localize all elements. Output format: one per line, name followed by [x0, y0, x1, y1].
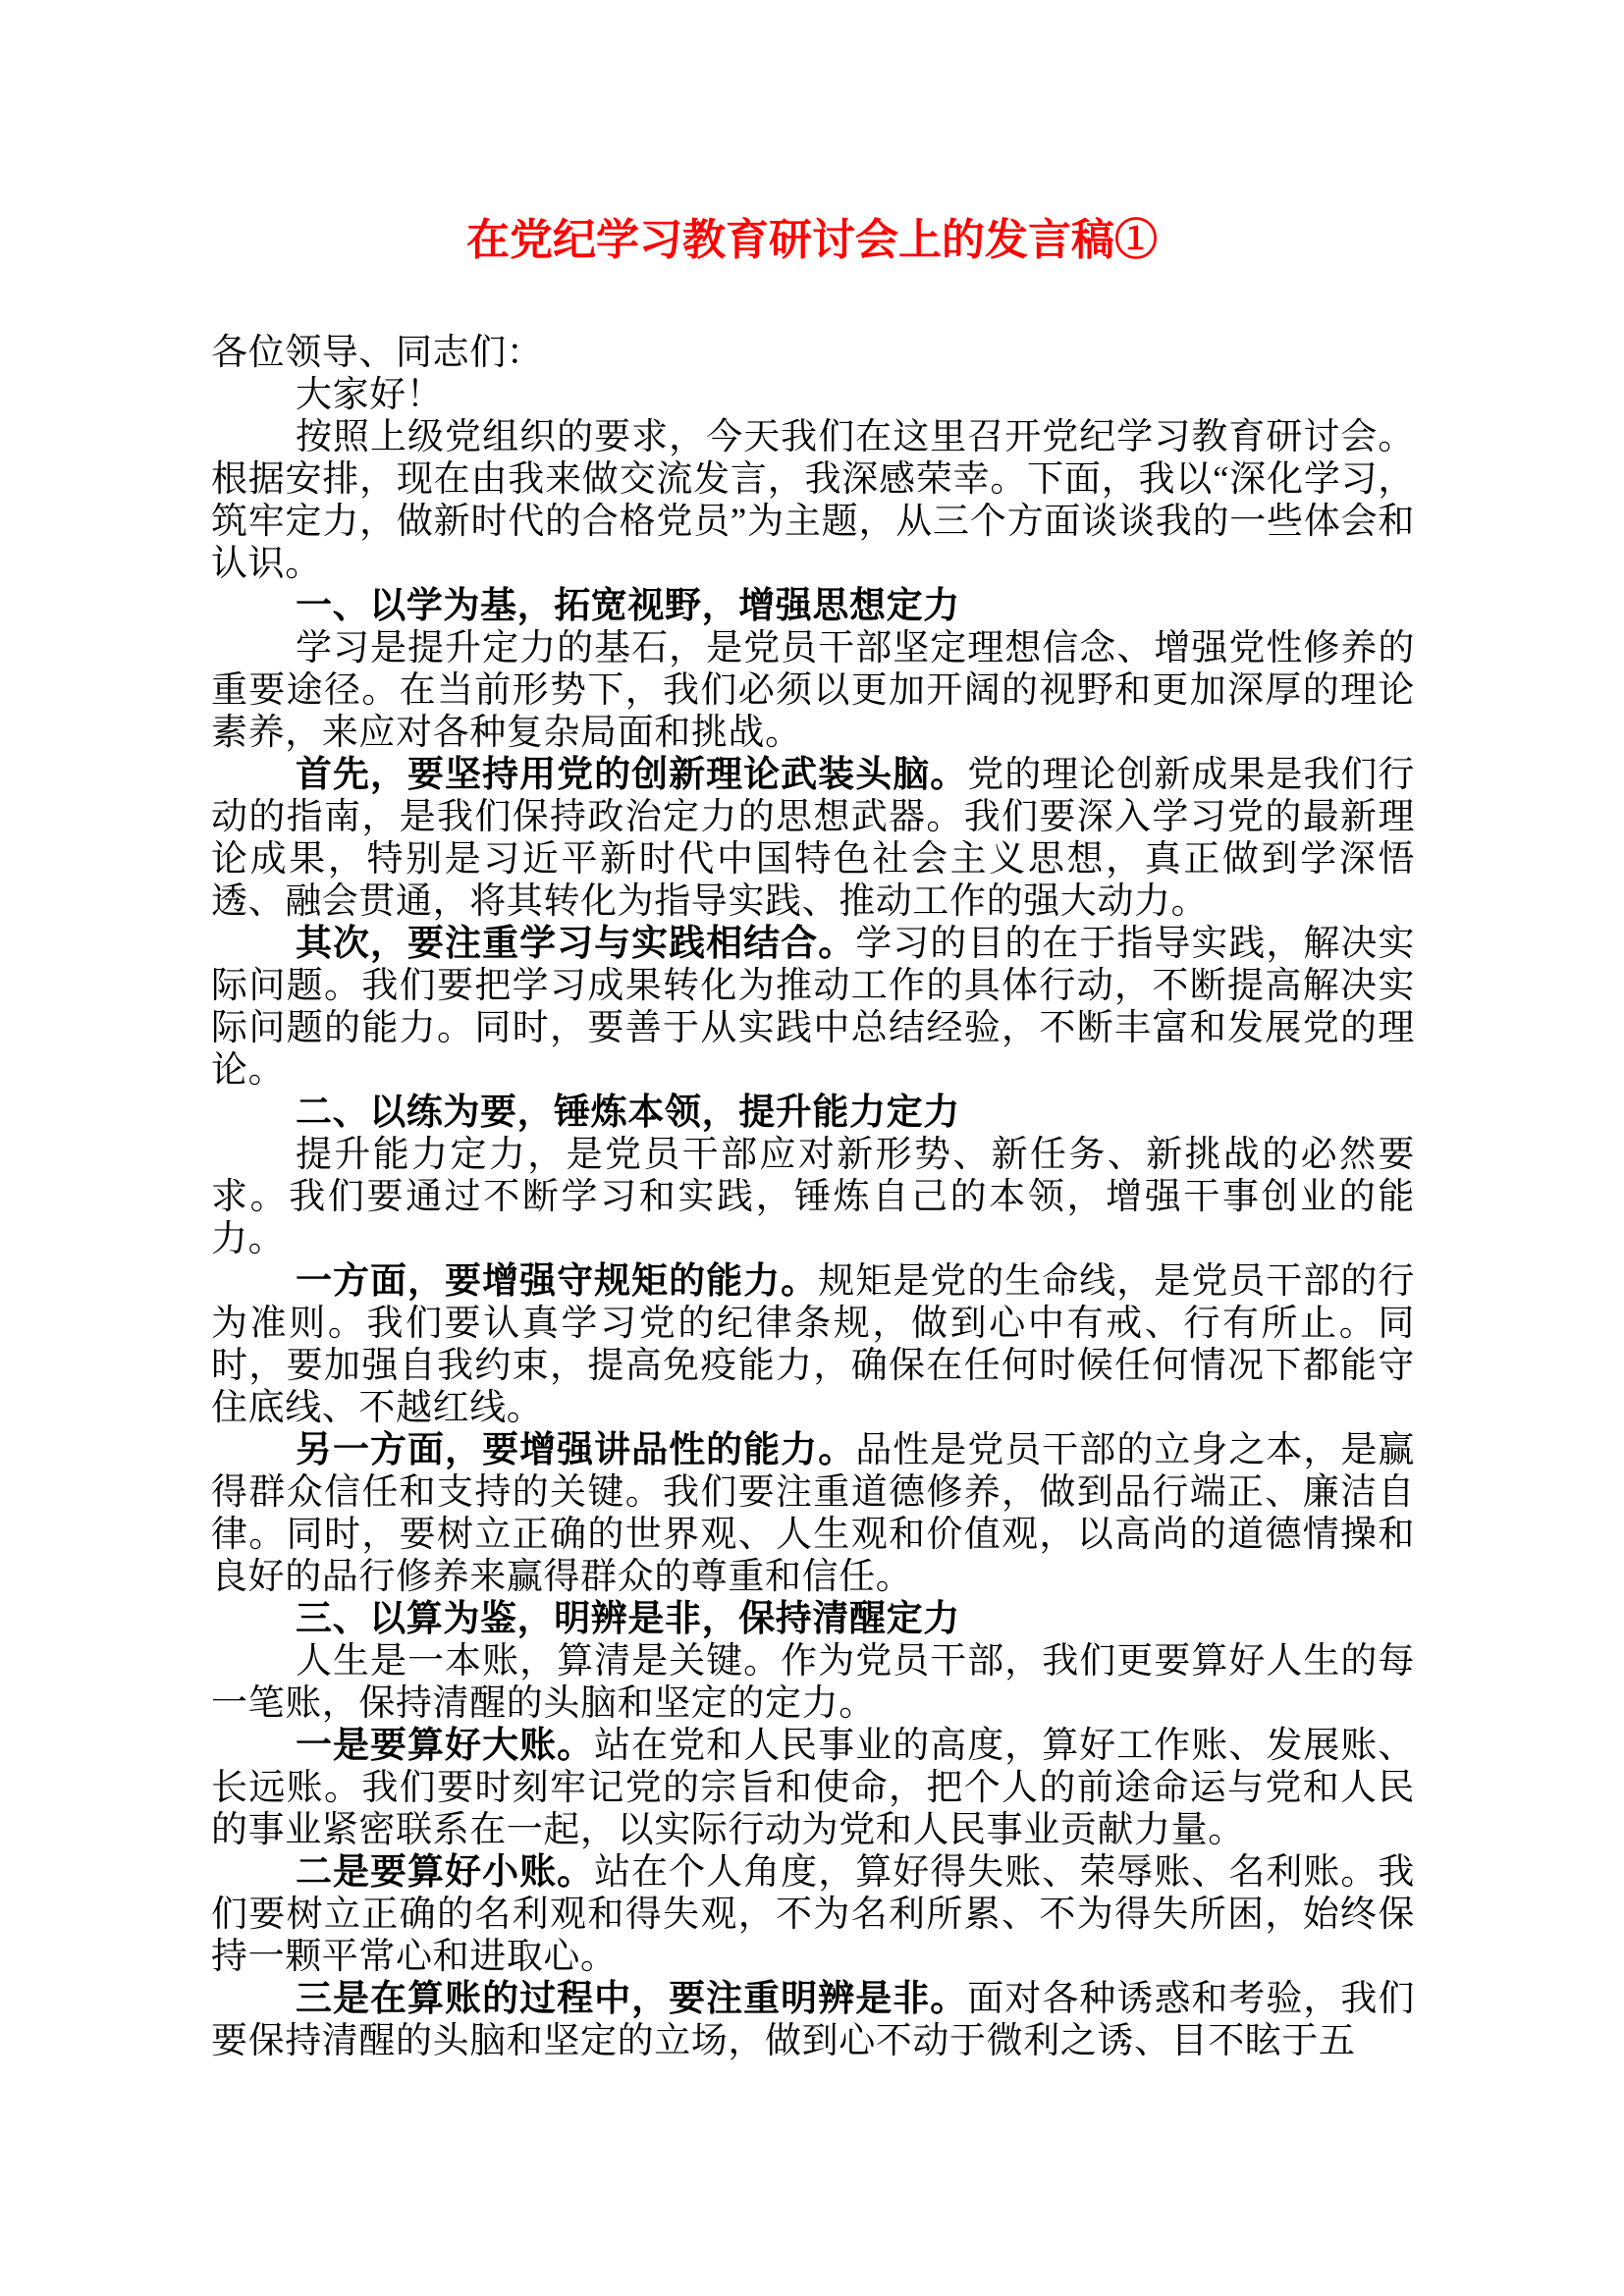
section-heading-1: 一、以学为基，拓宽视野，增强思想定力 — [211, 585, 1415, 627]
paragraph-text: 人生是一本账，算清是关键。作为党员干部，我们更要算好人生的每一笔账，保持清醒的头… — [211, 1641, 1415, 1724]
paragraph-text: 学习是提升定力的基石，是党员干部坚定理想信念、增强党性修养的重要途径。在当前形势… — [211, 628, 1415, 753]
section-heading-3: 三、以算为鉴，明辨是非，保持清醒定力 — [211, 1598, 1415, 1640]
paragraph-intro: 按照上级党组织的要求，今天我们在这里召开党纪学习教育研讨会。根据安排，现在由我来… — [211, 416, 1415, 585]
paragraph-bold-lead: 三是在算账的过程中，要注重明辨是非。 — [296, 1979, 967, 2019]
paragraph-section1-intro: 学习是提升定力的基石，是党员干部坚定理想信念、增强党性修养的重要途径。在当前形势… — [211, 627, 1415, 754]
paragraph-greeting: 大家好！ — [211, 374, 1415, 416]
paragraph-bold-lead: 首先，要坚持用党的创新理论武装头脑。 — [296, 755, 967, 795]
paragraph-section3-point2: 二是要算好小账。站在个人角度，算好得失账、荣辱账、名利账。我们要树立正确的名利观… — [211, 1851, 1415, 1978]
paragraph-bold-lead: 另一方面，要增强讲品性的能力。 — [296, 1430, 855, 1470]
paragraph-bold-lead: 三、以算为鉴，明辨是非，保持清醒定力 — [296, 1599, 960, 1639]
section-heading-2: 二、以练为要，锤炼本领，提升能力定力 — [211, 1092, 1415, 1134]
paragraph-text: 按照上级党组织的要求，今天我们在这里召开党纪学习教育研讨会。根据安排，现在由我来… — [211, 417, 1415, 584]
paragraph-section3-point3: 三是在算账的过程中，要注重明辨是非。面对各种诱惑和考验，我们要保持清醒的头脑和坚… — [211, 1978, 1415, 2062]
paragraph-text: 大家好！ — [296, 375, 443, 415]
paragraph-section2-intro: 提升能力定力，是党员干部应对新形势、新任务、新挑战的必然要求。我们要通过不断学习… — [211, 1134, 1415, 1260]
paragraph-section1-first: 首先，要坚持用党的创新理论武装头脑。党的理论创新成果是我们行动的指南，是我们保持… — [211, 754, 1415, 923]
paragraph-text: 各位领导、同志们： — [211, 333, 543, 373]
paragraph-section2-aspect1: 一方面，要增强守规矩的能力。规矩是党的生命线，是党员干部的行为准则。我们要认真学… — [211, 1260, 1415, 1429]
paragraph-text: 提升能力定力，是党员干部应对新形势、新任务、新挑战的必然要求。我们要通过不断学习… — [211, 1135, 1415, 1259]
paragraph-bold-lead: 二是要算好小账。 — [296, 1852, 594, 1893]
document-body: 各位领导、同志们： 大家好！ 按照上级党组织的要求，今天我们在这里召开党纪学习教… — [211, 332, 1415, 2062]
paragraph-bold-lead: 一、以学为基，拓宽视野，增强思想定力 — [296, 586, 960, 626]
document-title: 在党纪学习教育研讨会上的发言稿① — [0, 0, 1624, 267]
paragraph-section3-intro: 人生是一本账，算清是关键。作为党员干部，我们更要算好人生的每一笔账，保持清醒的头… — [211, 1640, 1415, 1725]
document-page: 在党纪学习教育研讨会上的发言稿① 各位领导、同志们： 大家好！ 按照上级党组织的… — [0, 0, 1624, 2296]
paragraph-bold-lead: 一方面，要增强守规矩的能力。 — [296, 1261, 818, 1302]
paragraph-bold-lead: 一是要算好大账。 — [296, 1726, 594, 1766]
paragraph-bold-lead: 二、以练为要，锤炼本领，提升能力定力 — [296, 1093, 960, 1133]
paragraph-section1-second: 其次，要注重学习与实践相结合。学习的目的在于指导实践，解决实际问题。我们要把学习… — [211, 923, 1415, 1092]
paragraph-bold-lead: 其次，要注重学习与实践相结合。 — [296, 924, 855, 964]
paragraph-salutation: 各位领导、同志们： — [211, 332, 1415, 374]
paragraph-section3-point1: 一是要算好大账。站在党和人民事业的高度，算好工作账、发展账、长远账。我们要时刻牢… — [211, 1725, 1415, 1851]
paragraph-section2-aspect2: 另一方面，要增强讲品性的能力。品性是党员干部的立身之本，是赢得群众信任和支持的关… — [211, 1429, 1415, 1598]
